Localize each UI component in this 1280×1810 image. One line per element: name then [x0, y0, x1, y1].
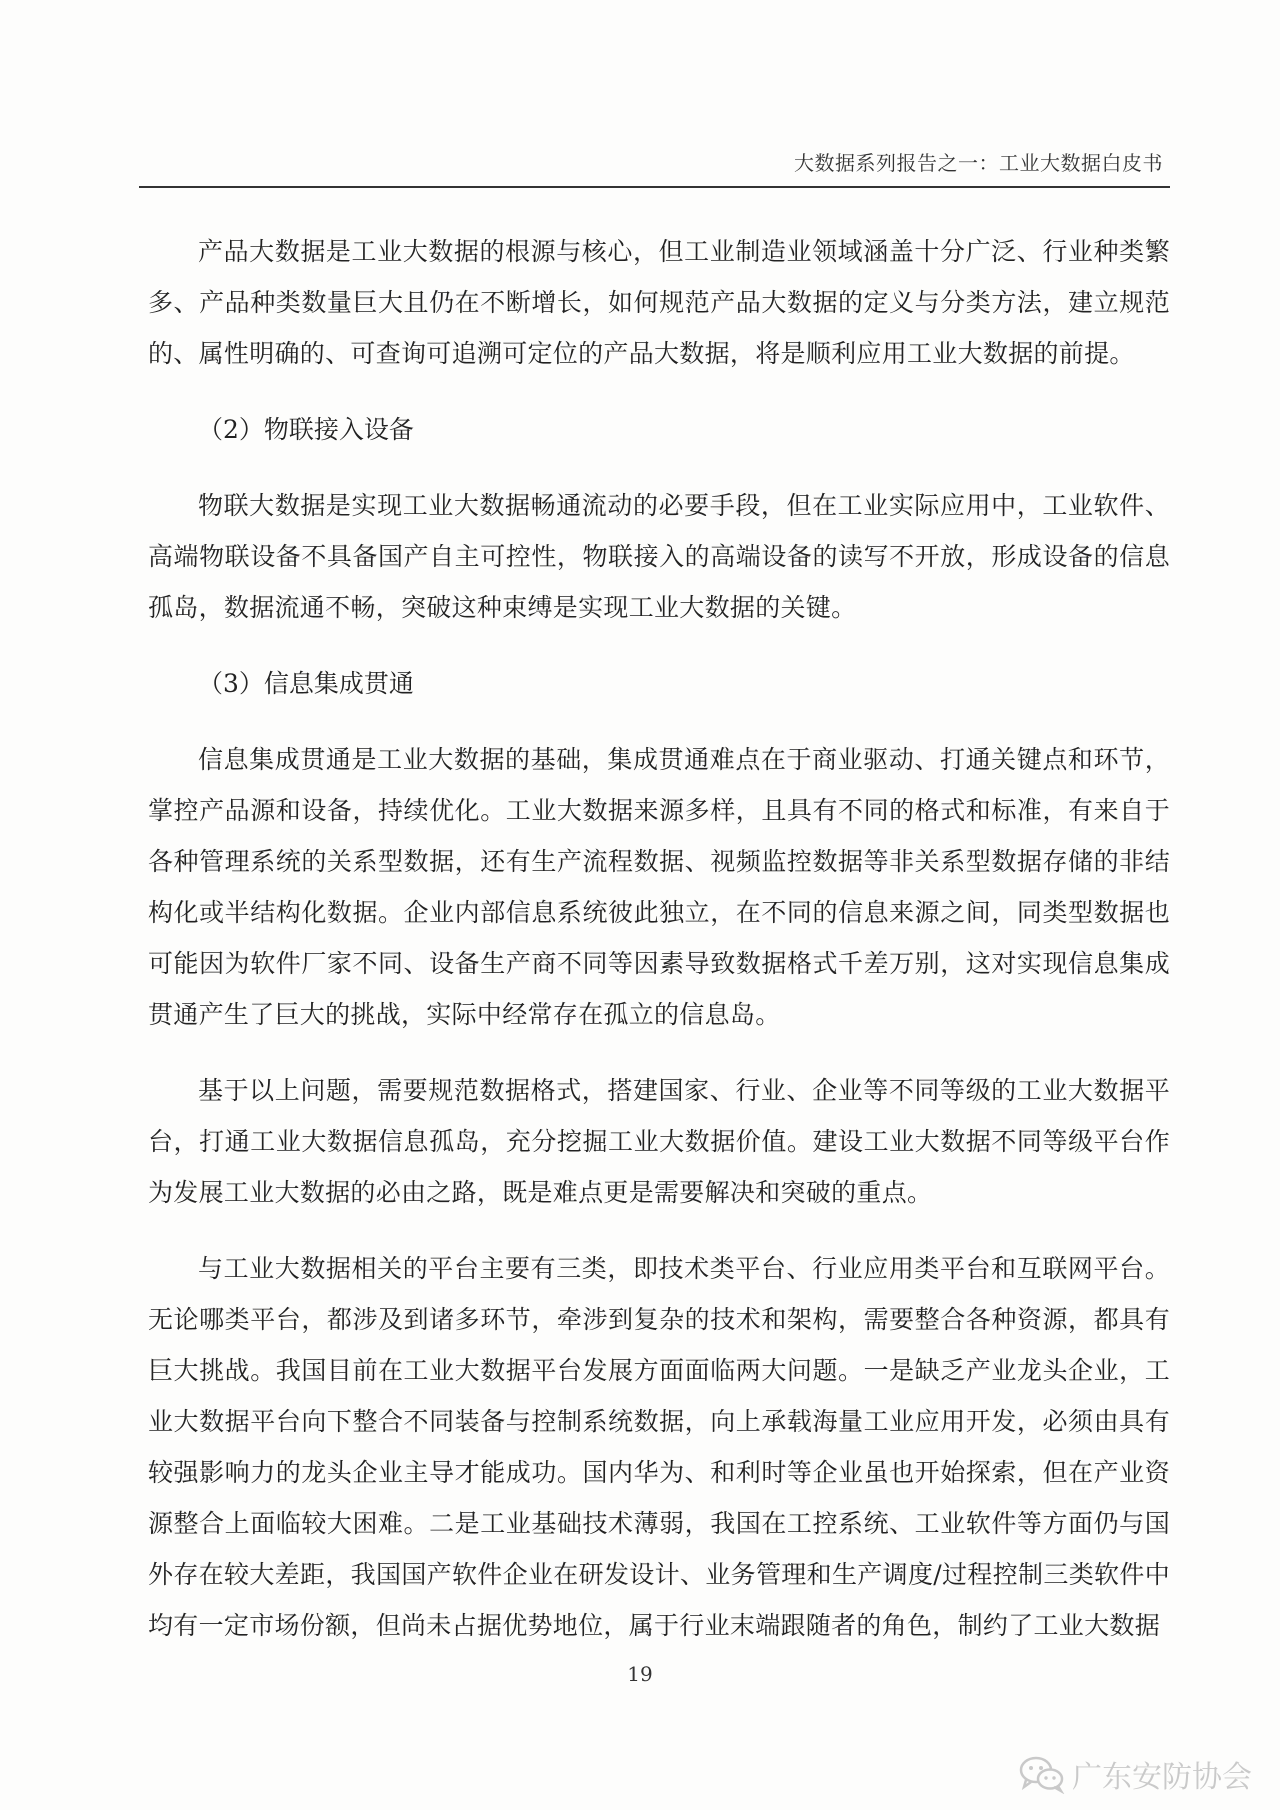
paragraph-product-big-data: 产品大数据是工业大数据的根源与核心，但工业制造业领域涵盖十分广泛、行业种类繁多、… — [148, 226, 1170, 379]
section-heading-info-integration: （3）信息集成贯通 — [148, 658, 1170, 709]
document-body: 产品大数据是工业大数据的根源与核心，但工业制造业领域涵盖十分广泛、行业种类繁多、… — [148, 226, 1170, 1651]
watermark-text: 广东安防协会 — [1072, 1752, 1252, 1796]
watermark: 广东安防协会 — [1018, 1752, 1252, 1796]
paragraph-platform-need: 基于以上问题，需要规范数据格式，搭建国家、行业、企业等不同等级的工业大数据平台，… — [148, 1065, 1170, 1218]
header-title: 大数据系列报告之一：工业大数据白皮书 — [794, 147, 1163, 176]
paragraph-iot-big-data: 物联大数据是实现工业大数据畅通流动的必要手段，但在工业实际应用中，工业软件、高端… — [148, 480, 1170, 633]
paragraph-platform-types: 与工业大数据相关的平台主要有三类，即技术类平台、行业应用类平台和互联网平台。无论… — [148, 1243, 1170, 1651]
section-heading-iot-access: （2）物联接入设备 — [148, 404, 1170, 455]
header-divider — [139, 186, 1170, 188]
page-number: 19 — [0, 1662, 1280, 1686]
wechat-icon — [1018, 1754, 1066, 1794]
paragraph-info-integration: 信息集成贯通是工业大数据的基础，集成贯通难点在于商业驱动、打通关键点和环节，掌控… — [148, 734, 1170, 1040]
